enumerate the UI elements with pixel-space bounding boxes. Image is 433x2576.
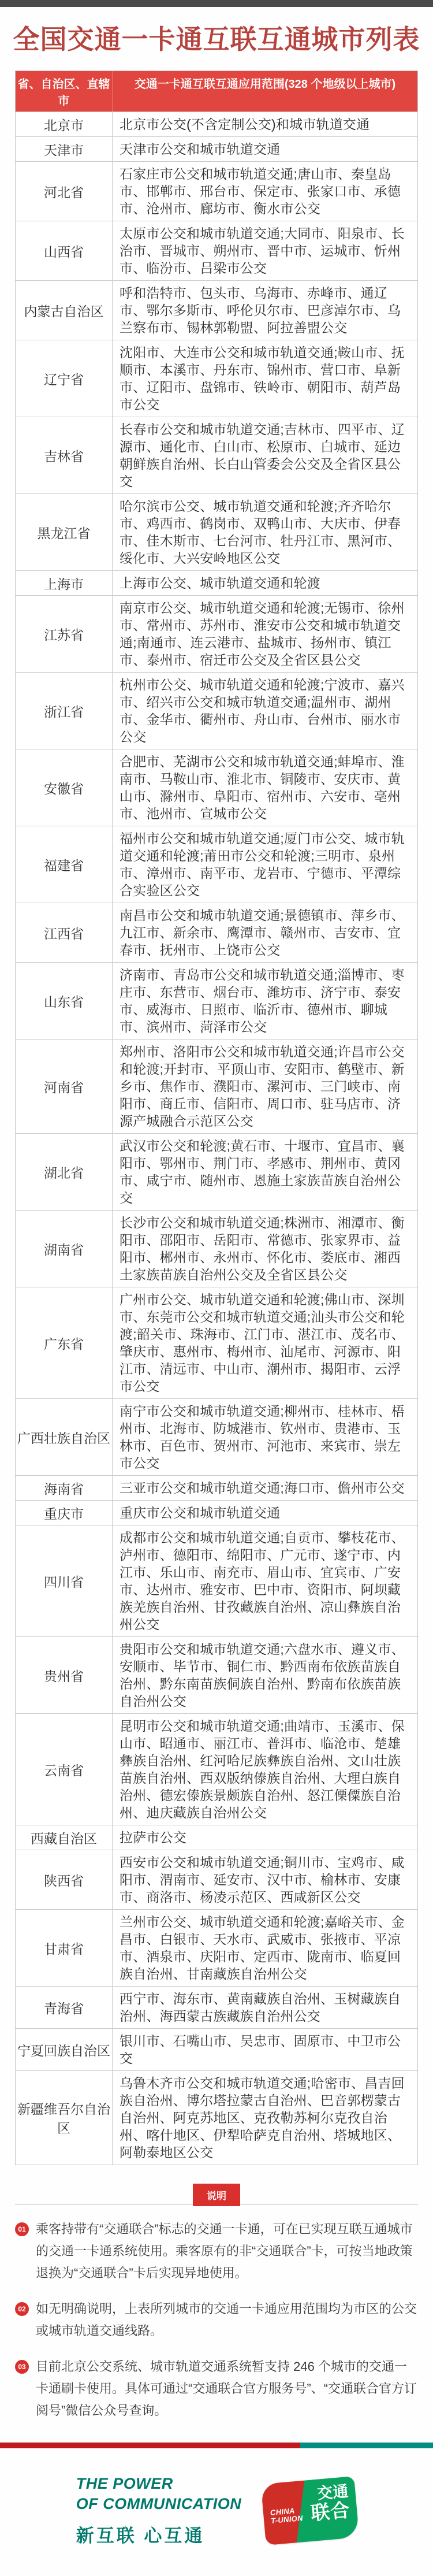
note-item: 01 乘客持带有“交通联合”标志的交通一卡通，可在已实现互联互通城市的交通一卡通… xyxy=(15,2218,418,2284)
table-row: 黑龙江省哈尔滨市公交、城市轨道交通和轮渡;齐齐哈尔市、鸡西市、鹤岗市、双鸭山市、… xyxy=(16,493,417,570)
province-cell: 吉林省 xyxy=(16,417,113,493)
range-cell: 上海市公交、城市轨道交通和轮渡 xyxy=(113,571,417,595)
table-row: 四川省成都市公交和城市轨道交通;自贡市、攀枝花市、泸州市、德阳市、绵阳市、广元市… xyxy=(16,1525,417,1636)
table-row: 辽宁省沈阳市、大连市公交和城市轨道交通;鞍山市、抚顺市、本溪市、丹东市、锦州市、… xyxy=(16,340,417,417)
table-row: 宁夏回族自治区银川市、石嘴山市、吴忠市、固原市、中卫市公交 xyxy=(16,2028,417,2070)
table-row: 吉林省长春市公交和城市轨道交通;吉林市、四平市、辽源市、通化市、白山市、松原市、… xyxy=(16,417,417,493)
note-item: 02 如无明确说明，上表所列城市的交通一卡通应用范围均为市区的公交或城市轨道交通… xyxy=(15,2298,418,2342)
province-cell: 黑龙江省 xyxy=(16,494,113,570)
province-cell: 宁夏回族自治区 xyxy=(16,2029,113,2070)
notes-divider: 说明 xyxy=(15,2184,418,2204)
table-row: 广西壮族自治区南宁市公交和城市轨道交通;柳州市、桂林市、梧州市、北海市、防城港市… xyxy=(16,1398,417,1475)
range-cell: 福州市公交和城市轨道交通;厦门市公交、城市轨道交通和轮渡;莆田市公交和轮渡;三明… xyxy=(113,826,417,903)
range-cell: 西安市公交和城市轨道交通;铜川市、宝鸡市、咸阳市、渭南市、延安市、汉中市、榆林市… xyxy=(113,1850,417,1909)
table-row: 江苏省南京市公交、城市轨道交通和轮渡;无锡市、徐州市、常州市、苏州市、淮安市公交… xyxy=(16,595,417,672)
logo-chinese-text: 交通 联合 xyxy=(308,2482,350,2524)
province-cell: 四川省 xyxy=(16,1525,113,1636)
province-cell: 江西省 xyxy=(16,903,113,962)
range-cell: 昆明市公交和城市轨道交通;曲靖市、玉溪市、保山市、昭通市、丽江市、普洱市、临沧市… xyxy=(113,1714,417,1825)
footer-slogan: THE POWER OF COMMUNICATION 新互联 心互通 xyxy=(76,2474,241,2547)
table-row: 新疆维吾尔自治区乌鲁木齐市公交和城市轨道交通;哈密市、昌吉回族自治州、博尔塔拉蒙… xyxy=(16,2070,417,2165)
range-cell: 广州市公交、城市轨道交通和轮渡;佛山市、深圳市、东莞市公交和城市轨道交通;汕头市… xyxy=(113,1287,417,1398)
province-cell: 新疆维吾尔自治区 xyxy=(16,2071,113,2165)
slogan-chinese: 新互联 心互通 xyxy=(76,2521,241,2547)
range-cell: 石家庄市公交和城市轨道交通;唐山市、秦皇岛市、邯郸市、邢台市、保定市、张家口市、… xyxy=(113,162,417,221)
table-row: 上海市上海市公交、城市轨道交通和轮渡 xyxy=(16,570,417,595)
note-text: 乘客持带有“交通联合”标志的交通一卡通，可在已实现互联互通城市的交通一卡通系统使… xyxy=(36,2218,418,2284)
range-cell: 合肥市、芜湖市公交和城市轨道交通;蚌埠市、淮南市、马鞍山市、淮北市、铜陵市、安庆… xyxy=(113,749,417,826)
province-cell: 甘肃省 xyxy=(16,1910,113,1986)
range-cell: 呼和浩特市、包头市、乌海市、赤峰市、通辽市、鄂尔多斯市、呼伦贝尔市、巴彦淖尔市、… xyxy=(113,281,417,340)
province-cell: 江苏省 xyxy=(16,596,113,672)
province-cell: 内蒙古自治区 xyxy=(16,281,113,340)
province-cell: 海南省 xyxy=(16,1476,113,1500)
table-row: 安徽省合肥市、芜湖市公交和城市轨道交通;蚌埠市、淮南市、马鞍山市、淮北市、铜陵市… xyxy=(16,749,417,826)
range-cell: 银川市、石嘴山市、吴忠市、固原市、中卫市公交 xyxy=(113,2029,417,2070)
table-header-row: 省、自治区、直辖市 交通一卡通互联互通应用范围(328 个地级以上城市) xyxy=(16,71,417,112)
province-cell: 河南省 xyxy=(16,1040,113,1133)
note-text: 如无明确说明，上表所列城市的交通一卡通应用范围均为市区的公交或城市轨道交通线路。 xyxy=(36,2298,418,2342)
table-row: 贵州省贵阳市公交和城市轨道交通;六盘水市、遵义市、安顺市、毕节市、铜仁市、黔西南… xyxy=(16,1636,417,1713)
note-number-badge: 03 xyxy=(15,2360,29,2374)
province-cell: 广西壮族自治区 xyxy=(16,1399,113,1475)
slogan-english: THE POWER OF COMMUNICATION xyxy=(76,2474,241,2514)
poster-page: 全国交通一卡通互联互通城市列表 省、自治区、直辖市 交通一卡通互联互通应用范围(… xyxy=(0,0,433,2576)
range-cell: 西宁市、海东市、黄南藏族自治州、玉树藏族自治州、海西蒙古族藏族自治州公交 xyxy=(113,1987,417,2028)
range-cell: 武汉市公交和轮渡;黄石市、十堰市、宜昌市、襄阳市、鄂州市、荆门市、孝感市、荆州市… xyxy=(113,1134,417,1210)
province-cell: 湖南省 xyxy=(16,1211,113,1287)
province-cell: 广东省 xyxy=(16,1287,113,1398)
table-row: 海南省三亚市公交和城市轨道交通;海口市、儋州市公交 xyxy=(16,1475,417,1500)
column-header-range: 交通一卡通互联互通应用范围(328 个地级以上城市) xyxy=(113,71,417,112)
footer: THE POWER OF COMMUNICATION 新互联 心互通 CHINA… xyxy=(0,2448,433,2576)
range-cell: 乌鲁木齐市公交和城市轨道交通;哈密市、昌吉回族自治州、博尔塔拉蒙古自治州、巴音郭… xyxy=(113,2071,417,2165)
province-cell: 上海市 xyxy=(16,571,113,595)
range-cell: 太原市公交和城市轨道交通;大同市、阳泉市、长治市、晋城市、朔州市、晋中市、运城市… xyxy=(113,221,417,280)
page-title: 全国交通一卡通互联互通城市列表 xyxy=(5,18,428,57)
table-row: 湖南省长沙市公交和城市轨道交通;株洲市、湘潭市、衡阳市、邵阳市、岳阳市、常德市、… xyxy=(16,1210,417,1287)
range-cell: 南宁市公交和城市轨道交通;柳州市、桂林市、梧州市、北海市、防城港市、钦州市、贵港… xyxy=(113,1399,417,1475)
range-cell: 北京市公交(不含定制公交)和城市轨道交通 xyxy=(113,112,417,136)
province-cell: 辽宁省 xyxy=(16,340,113,417)
range-cell: 沈阳市、大连市公交和城市轨道交通;鞍山市、抚顺市、本溪市、丹东市、锦州市、营口市… xyxy=(113,340,417,417)
table-row: 北京市北京市公交(不含定制公交)和城市轨道交通 xyxy=(16,112,417,136)
province-cell: 浙江省 xyxy=(16,673,113,749)
province-cell: 湖北省 xyxy=(16,1134,113,1210)
province-cell: 山西省 xyxy=(16,221,113,280)
logo-chinese-line2: 联合 xyxy=(310,2500,351,2524)
top-bar xyxy=(0,0,433,7)
range-cell: 杭州市公交、城市轨道交通和轮渡;宁波市、嘉兴市、绍兴市公交和城市轨道交通;温州市… xyxy=(113,673,417,749)
note-number-badge: 02 xyxy=(15,2302,29,2316)
logo-english-text: CHINA T-UNION xyxy=(270,2506,304,2525)
note-number-badge: 01 xyxy=(15,2222,29,2236)
notes-badge: 说明 xyxy=(193,2184,240,2206)
range-cell: 郑州市、洛阳市公交和城市轨道交通;许昌市公交和轮渡;开封市、平顶山市、安阳市、鹤… xyxy=(113,1040,417,1133)
table-row: 甘肃省兰州市公交、城市轨道交通和轮渡;嘉峪关市、金昌市、白银市、天水市、武威市、… xyxy=(16,1909,417,1986)
province-cell: 河北省 xyxy=(16,162,113,221)
table-row: 河南省郑州市、洛阳市公交和城市轨道交通;许昌市公交和轮渡;开封市、平顶山市、安阳… xyxy=(16,1039,417,1133)
province-cell: 陕西省 xyxy=(16,1850,113,1909)
province-cell: 青海省 xyxy=(16,1987,113,2028)
province-cell: 天津市 xyxy=(16,137,113,161)
range-cell: 拉萨市公交 xyxy=(113,1825,417,1850)
province-cell: 山东省 xyxy=(16,963,113,1039)
range-cell: 天津市公交和城市轨道交通 xyxy=(113,137,417,161)
province-cell: 福建省 xyxy=(16,826,113,903)
slogan-english-line1: THE POWER xyxy=(76,2475,173,2492)
footer-accent-bar xyxy=(0,2443,433,2448)
range-cell: 长沙市公交和城市轨道交通;株洲市、湘潭市、衡阳市、邵阳市、岳阳市、常德市、张家界… xyxy=(113,1211,417,1287)
column-header-province: 省、自治区、直辖市 xyxy=(16,71,113,112)
note-text: 目前北京公交系统、城市轨道交通系统暂支持 246 个城市的交通一卡通刷卡使用。具… xyxy=(36,2356,418,2422)
table-row: 江西省南昌市公交和城市轨道交通;景德镇市、萍乡市、九江市、新余市、鹰潭市、赣州市… xyxy=(16,903,417,962)
range-cell: 济南市、青岛市公交和城市轨道交通;淄博市、枣庄市、东营市、烟台市、潍坊市、济宁市… xyxy=(113,963,417,1039)
table-row: 福建省福州市公交和城市轨道交通;厦门市公交、城市轨道交通和轮渡;莆田市公交和轮渡… xyxy=(16,826,417,903)
table-row: 重庆市重庆市公交和城市轨道交通 xyxy=(16,1500,417,1525)
table-row: 西藏自治区拉萨市公交 xyxy=(16,1825,417,1850)
table-row: 陕西省西安市公交和城市轨道交通;铜川市、宝鸡市、咸阳市、渭南市、延安市、汉中市、… xyxy=(16,1850,417,1909)
table-row: 山西省太原市公交和城市轨道交通;大同市、阳泉市、长治市、晋城市、朔州市、晋中市、… xyxy=(16,221,417,280)
province-cell: 云南省 xyxy=(16,1714,113,1825)
range-cell: 南京市公交、城市轨道交通和轮渡;无锡市、徐州市、常州市、苏州市、淮安市公交和城市… xyxy=(113,596,417,672)
range-cell: 成都市公交和城市轨道交通;自贡市、攀枝花市、泸州市、德阳市、绵阳市、广元市、遂宁… xyxy=(113,1525,417,1636)
table-row: 云南省昆明市公交和城市轨道交通;曲靖市、玉溪市、保山市、昭通市、丽江市、普洱市、… xyxy=(16,1713,417,1825)
notes-section: 说明 01 乘客持带有“交通联合”标志的交通一卡通，可在已实现互联互通城市的交通… xyxy=(15,2184,418,2422)
range-cell: 长春市公交和城市轨道交通;吉林市、四平市、辽源市、通化市、白山市、松原市、白城市… xyxy=(113,417,417,493)
range-cell: 重庆市公交和城市轨道交通 xyxy=(113,1501,417,1525)
table-row: 山东省济南市、青岛市公交和城市轨道交通;淄博市、枣庄市、东营市、烟台市、潍坊市、… xyxy=(16,962,417,1039)
table-row: 河北省石家庄市公交和城市轨道交通;唐山市、秦皇岛市、邯郸市、邢台市、保定市、张家… xyxy=(16,161,417,221)
range-cell: 南昌市公交和城市轨道交通;景德镇市、萍乡市、九江市、新余市、鹰潭市、赣州市、吉安… xyxy=(113,903,417,962)
city-table: 省、自治区、直辖市 交通一卡通互联互通应用范围(328 个地级以上城市) 北京市… xyxy=(15,70,418,2165)
province-cell: 北京市 xyxy=(16,112,113,136)
province-cell: 重庆市 xyxy=(16,1501,113,1525)
range-cell: 三亚市公交和城市轨道交通;海口市、儋州市公交 xyxy=(113,1476,417,1500)
footer-bar-teal-segment xyxy=(300,2443,433,2448)
footer-bar-red-segment xyxy=(0,2443,300,2448)
note-item: 03 目前北京公交系统、城市轨道交通系统暂支持 246 个城市的交通一卡通刷卡使… xyxy=(15,2356,418,2422)
province-cell: 安徽省 xyxy=(16,749,113,826)
range-cell: 哈尔滨市公交、城市轨道交通和轮渡;齐齐哈尔市、鸡西市、鹤岗市、双鸭山市、大庆市、… xyxy=(113,494,417,570)
range-cell: 贵阳市公交和城市轨道交通;六盘水市、遵义市、安顺市、毕节市、铜仁市、黔西南布依族… xyxy=(113,1637,417,1713)
china-t-union-logo: CHINA T-UNION 交通 联合 xyxy=(261,2476,360,2545)
province-cell: 贵州省 xyxy=(16,1637,113,1713)
table-row: 浙江省杭州市公交、城市轨道交通和轮渡;宁波市、嘉兴市、绍兴市公交和城市轨道交通;… xyxy=(16,672,417,749)
table-row: 天津市天津市公交和城市轨道交通 xyxy=(16,136,417,161)
table-row: 广东省广州市公交、城市轨道交通和轮渡;佛山市、深圳市、东莞市公交和城市轨道交通;… xyxy=(16,1287,417,1398)
range-cell: 兰州市公交、城市轨道交通和轮渡;嘉峪关市、金昌市、白银市、天水市、武威市、张掖市… xyxy=(113,1910,417,1986)
table-row: 湖北省武汉市公交和轮渡;黄石市、十堰市、宜昌市、襄阳市、鄂州市、荆门市、孝感市、… xyxy=(16,1133,417,1210)
table-row: 内蒙古自治区呼和浩特市、包头市、乌海市、赤峰市、通辽市、鄂尔多斯市、呼伦贝尔市、… xyxy=(16,280,417,340)
province-cell: 西藏自治区 xyxy=(16,1825,113,1850)
table-row: 青海省西宁市、海东市、黄南藏族自治州、玉树藏族自治州、海西蒙古族藏族自治州公交 xyxy=(16,1986,417,2028)
slogan-english-line2: OF COMMUNICATION xyxy=(76,2495,241,2512)
